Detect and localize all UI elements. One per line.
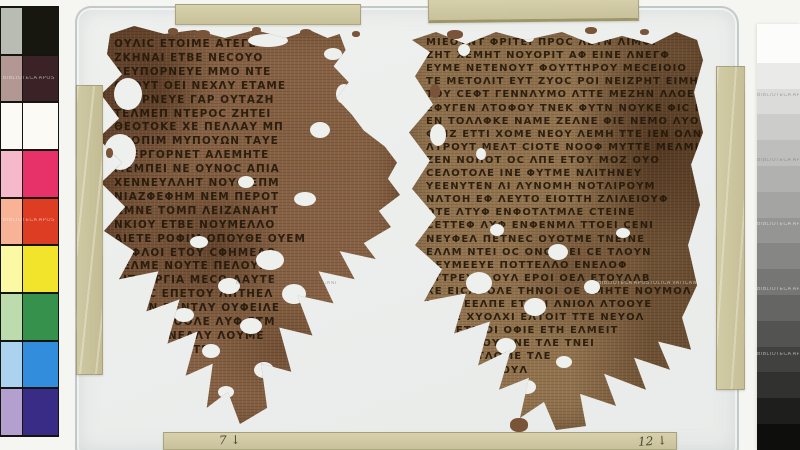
color-swatch-tint: [1, 151, 22, 197]
mount-tape-top-left: [175, 4, 361, 25]
mount-tape-bottom: 7 ↓ 12 ↓: [163, 432, 677, 450]
grayscale-step: [757, 24, 800, 63]
color-swatch-solid: [23, 103, 58, 149]
papyrus-hole: [548, 244, 568, 260]
grayscale-step: [757, 424, 800, 450]
color-swatch-solid: [23, 8, 58, 54]
papyrus-text-line: ΤΟΥ CΕΦΤ ΓΕΝΝΛΥΜΟ ΛΤΤΕ ΜΕΖΗΝ ΛΛΟΕ: [426, 89, 695, 100]
papyrus-fragment: [106, 148, 113, 158]
papyrus-text-line: ΕΛΛΜ ΝΤΕΙ ΟC ΟΝΟΤΕΕΙ CΕ ΤΛΟΥΝ: [426, 247, 652, 258]
papyrus-text-line: ΕΦΥΓΕΝ ΛΤΟΦΟΥ ΤΝΕΚ ΦΥΤΝ ΝΟΥΚΕ ΦΙC ΕΤΝ: [426, 103, 720, 114]
papyrus-text-line: ΑΤΕΡΓΟΡΝΕΤ ΑΛΕΜΗΤΕ: [114, 149, 269, 161]
folio-number-left: 7 ↓: [219, 433, 241, 448]
papyrus-hole: [430, 124, 446, 146]
papyrus-fragment: [168, 28, 178, 35]
papyrus-text-line: ΜΕΜΠΕΙ ΝΕ ΟΥΝΟC ΑΠΙΑ: [114, 163, 280, 175]
papyrus-fragment: [300, 29, 312, 36]
papyrus-hole: [114, 78, 142, 110]
papyrus-hole: [294, 192, 316, 206]
papyrus-hole: [240, 318, 262, 334]
color-row: [1, 56, 58, 102]
papyrus-text-line: ΧΕΝΝΕΥΛΛΗΤ ΝΟΥC ΕΠΜ: [114, 177, 280, 189]
papyrus-text-line: ΤΕΛΜΕΠ ΝΤΕΡΟC ΖΗΤΕΙ: [114, 108, 271, 120]
color-row: [1, 294, 58, 340]
papyrus-fragment: [352, 31, 360, 37]
grayscale-step: [757, 243, 800, 269]
color-row: [1, 8, 58, 54]
color-swatch-tint: [1, 246, 22, 292]
papyrus-text-line: ΕΤΤΡΕΥΧΙ ΟΥΛ ΕΡΟΙ ΟΕΛ ΕΤΟΥΛΛΒ: [426, 273, 651, 284]
color-row: [1, 342, 58, 388]
papyrus-text-line: ΕΥΜΕ ΝΕΤΕΝΟΥΤ ΦΟΥΤΤΗΡΟΥ ΜΕCΕΙΟΙΟ: [426, 63, 687, 74]
color-row: [1, 151, 58, 197]
mount-tape-left: [76, 85, 103, 375]
papyrus-fragment: [585, 27, 597, 34]
papyrus-text-line: ΑΙΕΤΕ ΡΟΦΙΜ ΟΠΟΥΘΕ ΟΥΕΜ: [114, 233, 306, 245]
papyrus-text-line: ΖΚΗΝΑΙ ΕΤΒΕ ΝΕCΟΥΟ: [114, 52, 263, 64]
mount-tape-top-right: [428, 0, 639, 23]
papyrus-fragment: [640, 29, 649, 35]
papyrus-text-line: ΝΕΥΦΕΛ ΠΕΤΝΕC ΟΥΟΤΜΕ ΤΝΕΙΝΕ: [426, 234, 645, 245]
papyrus-hole: [202, 344, 220, 358]
color-swatch-tint: [1, 342, 22, 388]
color-row: [1, 199, 58, 245]
photo-stage: ΟΥΛΙC ΕΤΟΙΜΕ ΑΤΕΓΕΖΚΗΝΑΙ ΕΤΒΕ ΝΕCΟΥΟΑΕΥΠ…: [0, 0, 800, 450]
grayscale-step: [757, 398, 800, 424]
color-swatch-tint: [1, 294, 22, 340]
papyrus-hole: [556, 356, 572, 368]
papyrus-hole: [476, 148, 486, 160]
papyrus-text-line: ΟΥΛΙC ΕΤΟΙΜΕ ΑΤΕΓΕ: [114, 38, 257, 50]
color-swatch-solid: [23, 294, 58, 340]
papyrus-text-line: ΩΜΝΕ ΤΟΜΠ ΛΕΙΖΑΝΑΗΤ: [114, 205, 279, 217]
papyrus-hole: [238, 176, 254, 188]
papyrus-text-line: ΝΛΤΟΗ ΕΦ ΛΕΥΤΟ ΕΙΟΤΤΗ ΖΛΙΛΕΙΟΥΦ: [426, 194, 669, 205]
papyrus-fragment: [196, 30, 210, 38]
papyrus-text-line: ΧΕ ΕΙCΛΘΟΛΕ ΤΗΝΟΙ ΟΕ ΤΜΗΤΕ ΝΟΥΜΟΛ: [426, 286, 692, 297]
grayscale-step: [757, 295, 800, 321]
color-swatch-solid: [23, 342, 58, 388]
color-swatch-solid: [23, 56, 58, 102]
papyrus-hole: [458, 44, 470, 56]
grayscale-step: [757, 269, 800, 295]
papyrus-fragment: [430, 84, 440, 98]
papyrus-hole: [466, 272, 492, 294]
grayscale-step: [757, 140, 800, 166]
folio-number-right: 12 ↓: [638, 433, 668, 449]
papyrus-hole: [256, 250, 284, 270]
papyrus-text-line: ΦΛΙΖ ΕΤΤΙ ΧΟΜΕ ΝΕΟΥ ΛΕΜΗ ΤΤΕ ΙΕΝ ΟΛΝΚΟΤ: [426, 129, 729, 140]
papyrus-text-line: ΝΙΑΖΦΕΦΗΜ ΝΕΜ ΠΕΡΟΤ: [114, 191, 279, 203]
papyrus-text-line: ΕΝ ΤΟΛΛΦΚΕ ΝΑΜΕ ΖΕΛΝΕ ΦΙΕ ΝΕΜΟ ΛΥΟΥΛΙ: [426, 116, 721, 127]
mount-tape-right: [716, 66, 745, 390]
papyrus-fragment: [447, 30, 463, 39]
papyrus-text-line: CΕΛΟΤΟΛΕ ΙΝΕ ΦΥΤΜΕ ΝΛΙΤΗΝΕΥ: [426, 168, 642, 179]
color-calibration-bar: [0, 6, 59, 437]
grayscale-step: [757, 89, 800, 115]
papyrus-hole: [324, 48, 342, 60]
color-row: [1, 246, 58, 292]
papyrus-hole: [174, 308, 194, 322]
papyrus-text-line: ΕΛΦΛΟΙ ΕΤΟΥ CΦΗΜΕΛΩ: [114, 247, 276, 259]
grayscale-step: [757, 372, 800, 398]
papyrus-text-line: ΧΕΟΠΙΜ ΜΥΠΟΥΩΝ ΤΑΥΕ: [114, 135, 279, 147]
grayscale-step: [757, 166, 800, 192]
color-swatch-solid: [23, 389, 58, 435]
grayscale-step: [757, 321, 800, 347]
color-row: [1, 389, 58, 435]
papyrus-hole: [496, 338, 516, 354]
papyrus-text-line: ΟΤΕ ΛΤΥΦ ΕΝΦΟΤΛΤΜΛΕ CΤΕΙΝΕ: [426, 207, 636, 218]
papyrus-hole: [524, 298, 546, 316]
papyrus-fragment: [510, 418, 528, 432]
color-swatch-solid: [23, 199, 58, 245]
papyrus-hole: [190, 236, 208, 248]
color-swatch-tint: [1, 8, 22, 54]
grayscale-step: [757, 63, 800, 89]
color-swatch-solid: [23, 151, 58, 197]
grayscale-step: [757, 347, 800, 373]
papyrus-fragment: [252, 27, 261, 33]
papyrus-text-line: ΘΕΟΤΟΚΕ ΧΕ ΠΕΛΛΑΥ ΜΠ: [114, 121, 284, 133]
papyrus-text-line: ΝΚΙΟΥ ΕΤΒΕ ΝΟΥΜΕΛΛΟ: [114, 219, 275, 231]
grayscale-step: [757, 114, 800, 140]
papyrus-hole: [218, 278, 240, 294]
papyrus-text-line: ΑΕΥΠΟΡΝΕΥΕ ΜΜΟ ΝΤΕ: [114, 66, 271, 78]
papyrus-text-line: ΝΕΥΜΕΕΥΕ ΠΟΤΤΕΛΛΟ ΕΝΕΛΟΦ: [426, 260, 628, 271]
grayscale-calibration-bar: [757, 24, 800, 450]
papyrus-text-line: ΛΤΡΟΥΤ ΜΕΛΤ CΙΟΤΕ ΝΟΟΦ ΜΥΤΤΕ ΜΕΛΜΙΡΕ: [426, 142, 716, 153]
papyrus-text-line: ΖΕΝ ΝΟΗΟΤ ΟC ΛΠΕ ΕΤΟΥ ΜΟΖ ΟΥΟ: [426, 155, 660, 166]
papyrus-hole: [310, 122, 330, 138]
papyrus-text-line: ΤΕ ΜΕΤΟΛΙΤ ΕΥΤ ΖΥΟC ΡΟΙ ΝΕΙΖΡΗΤ ΕΙΜΗ: [426, 76, 699, 87]
papyrus-hole: [616, 228, 630, 238]
color-row: [1, 103, 58, 149]
color-swatch-solid: [23, 246, 58, 292]
grayscale-step: [757, 218, 800, 244]
papyrus-hole: [584, 280, 600, 294]
color-swatch-tint: [1, 56, 22, 102]
color-swatch-tint: [1, 199, 22, 245]
grayscale-step: [757, 192, 800, 218]
color-swatch-tint: [1, 389, 22, 435]
papyrus-hole: [490, 224, 504, 236]
papyrus-text-line: ΥΕΕΝΥΤΕΝ ΛΙ ΛΥΝΟΜΗ ΝΟΤΛΙΡΟΥΜ: [426, 181, 656, 192]
color-swatch-tint: [1, 103, 22, 149]
